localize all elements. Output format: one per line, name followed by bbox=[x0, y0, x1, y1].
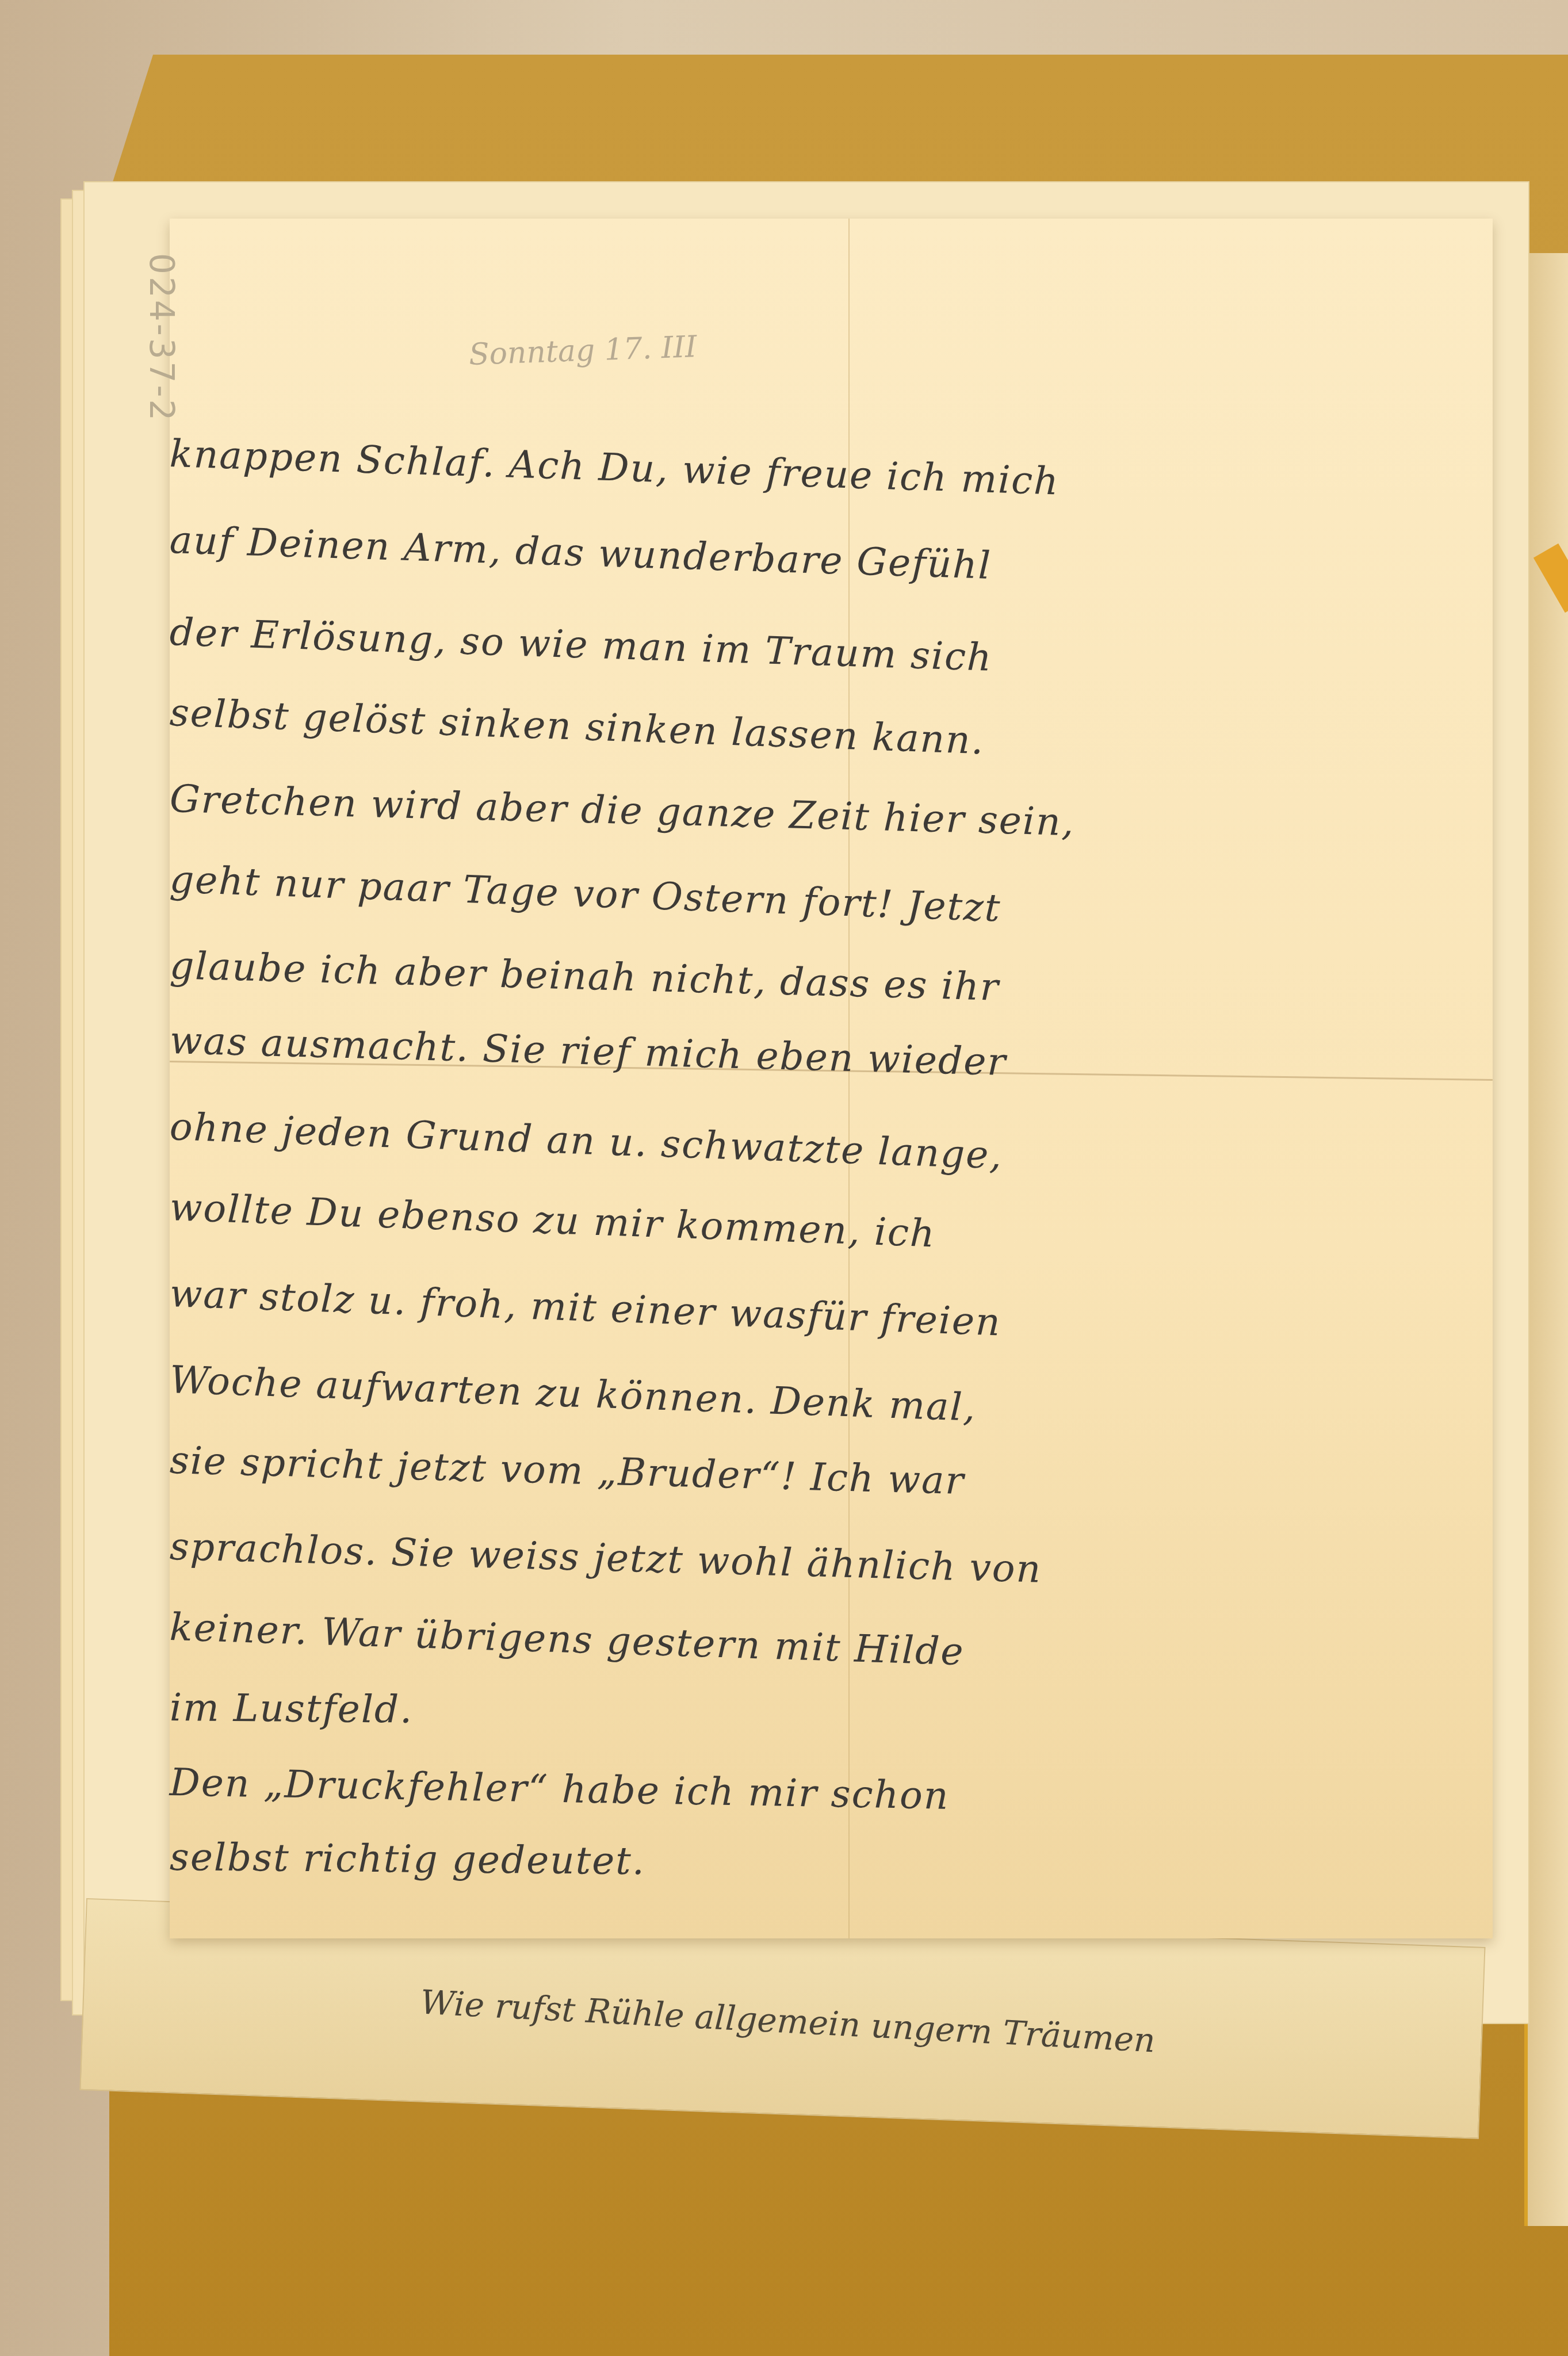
letter-line: ohne jeden Grund an u. schwatzte lange, bbox=[169, 1104, 1435, 1193]
letter-line: was ausmacht. Sie rief mich eben wieder bbox=[169, 1018, 1435, 1096]
letter-line: keiner. War übrigens gestern mit Hilde bbox=[169, 1605, 1435, 1689]
letter-line: selbst gelöst sinken sinken lassen kann. bbox=[169, 690, 1435, 779]
letter-line: auf Deinen Arm, das wunderbare Gefühl bbox=[169, 518, 1435, 602]
letter-line: selbst richtig gedeutet. bbox=[170, 1835, 1436, 1890]
letter-line: glaube ich aber beinah nicht, dass es ih… bbox=[169, 943, 1435, 1021]
letter-line: Gretchen wird aber die ganze Zeit hier s… bbox=[169, 777, 1435, 854]
letter-line: wollte Du ebenso zu mir kommen, ich bbox=[169, 1185, 1435, 1273]
letter-line: sie spricht jetzt vom „Bruder“! Ich war bbox=[169, 1438, 1435, 1516]
letter-line: Woche aufwarten zu können. Denk mal, bbox=[169, 1357, 1435, 1446]
letter-page: 024-37-2 Sonntag 17. III knappen Schlaf.… bbox=[170, 219, 1493, 1938]
letter-line: knappen Schlaf. Ach Du, wie freue ich mi… bbox=[169, 431, 1435, 515]
letter-line: im Lustfeld. bbox=[170, 1685, 1436, 1741]
letter-line: sprachlos. Sie weiss jetzt wohl ähnlich … bbox=[169, 1524, 1435, 1602]
letter-line: war stolz u. froh, mit einer wasfür frei… bbox=[169, 1271, 1435, 1360]
letter-line: Den „Druckfehler“ habe ich mir schon bbox=[169, 1760, 1435, 1826]
letter-line: der Erlösung, so wie man im Traum sich bbox=[169, 610, 1435, 694]
archive-number: 024-37-2 bbox=[142, 253, 181, 423]
letter-line: geht nur paar Tage vor Ostern fort! Jetz… bbox=[169, 857, 1435, 946]
date-heading: Sonntag 17. III bbox=[468, 330, 697, 372]
